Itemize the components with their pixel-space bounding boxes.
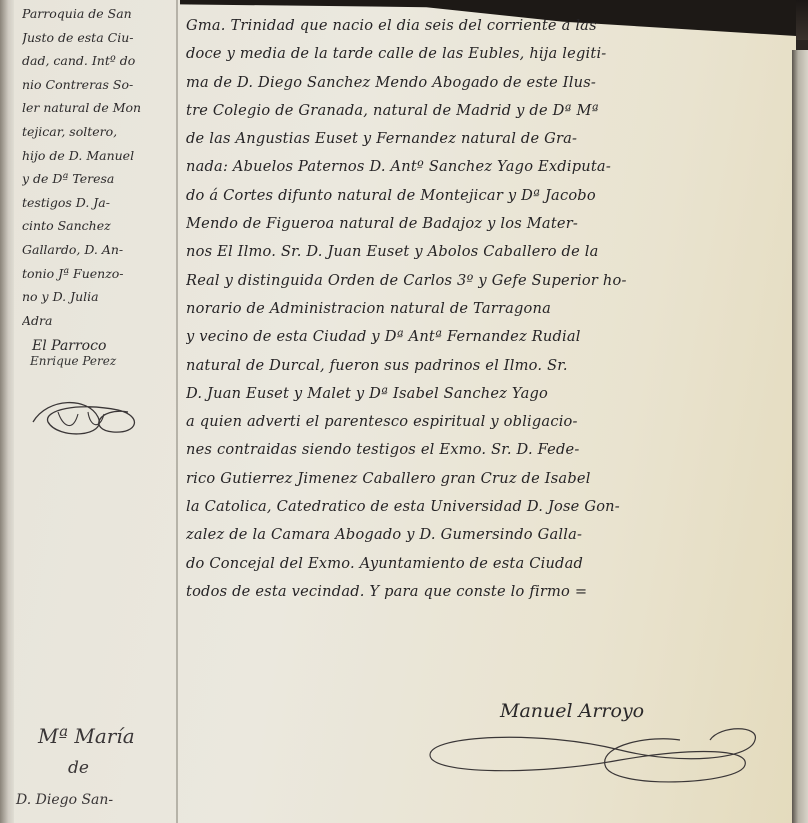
margin-name-line: D. Diego San- bbox=[16, 784, 176, 816]
margin-line: hijo de D. Manuel bbox=[22, 144, 174, 168]
margin-rule-line bbox=[176, 0, 178, 823]
body-line: Real y distinguida Orden de Carlos 3º y … bbox=[186, 267, 786, 295]
body-line: de las Angustias Euset y Fernandez natur… bbox=[186, 125, 786, 153]
body-line: do Concejal del Exmo. Ayuntamiento de es… bbox=[186, 550, 786, 578]
margin-line: Gallardo, D. An- bbox=[22, 238, 174, 262]
margin-line: no y D. Julia bbox=[22, 285, 174, 309]
body-line: doce y media de la tarde calle de las Eu… bbox=[186, 40, 786, 68]
body-line: tre Colegio de Granada, natural de Madri… bbox=[186, 97, 786, 125]
margin-line: Adra bbox=[22, 309, 174, 333]
signature-flourish-icon bbox=[28, 392, 148, 442]
signature-flourish-icon bbox=[420, 720, 770, 790]
body-line: y vecino de esta Ciudad y Dª Antª Fernan… bbox=[186, 323, 786, 351]
book-spine-edge bbox=[0, 0, 14, 823]
body-line: nos El Ilmo. Sr. D. Juan Euset y Abolos … bbox=[186, 238, 786, 266]
body-line: ma de D. Diego Sanchez Mendo Abogado de … bbox=[186, 69, 786, 97]
margin-name-line: Mª María bbox=[38, 720, 176, 752]
body-line: norario de Administracion natural de Tar… bbox=[186, 295, 786, 323]
body-line: zalez de la Camara Abogado y D. Gumersin… bbox=[186, 521, 786, 549]
margin-name-line: de bbox=[68, 752, 176, 784]
officiant-signature: Manuel Arroyo bbox=[500, 700, 644, 722]
body-line: nes contraidas siendo testigos el Exmo. … bbox=[186, 436, 786, 464]
body-line: natural de Durcal, fueron sus padrinos e… bbox=[186, 352, 786, 380]
priest-signature: Enrique Perez bbox=[30, 354, 174, 368]
body-line: nada: Abuelos Paternos D. Antº Sanchez Y… bbox=[186, 153, 786, 181]
margin-line: tejicar, soltero, bbox=[22, 120, 174, 144]
body-line: rico Gutierrez Jimenez Caballero gran Cr… bbox=[186, 465, 786, 493]
margin-line: cinto Sanchez bbox=[22, 214, 174, 238]
margin-line: tonio Jª Fuenzo- bbox=[22, 262, 174, 286]
body-line: a quien adverti el parentesco espiritual… bbox=[186, 408, 786, 436]
margin-line: y de Dª Teresa bbox=[22, 167, 174, 191]
margin-line: dad, cand. Intº do bbox=[22, 49, 174, 73]
record-body: Gma. Trinidad que nacio el dia seis del … bbox=[186, 12, 786, 606]
body-line: todos de esta vecindad. Y para que const… bbox=[186, 578, 786, 606]
margin-note: Parroquia de San Justo de esta Ciu- dad,… bbox=[22, 2, 174, 368]
adjacent-page-edge bbox=[792, 50, 808, 823]
margin-line: testigos D. Ja- bbox=[22, 191, 174, 215]
body-line: Gma. Trinidad que nacio el dia seis del … bbox=[186, 12, 786, 40]
margin-line: nio Contreras So- bbox=[22, 73, 174, 97]
margin-line: ler natural de Mon bbox=[22, 96, 174, 120]
margin-line: Parroquia de San bbox=[22, 2, 174, 26]
body-line: Mendo de Figueroa natural de Badajoz y l… bbox=[186, 210, 786, 238]
margin-line: Justo de esta Ciu- bbox=[22, 26, 174, 50]
body-line: D. Juan Euset y Malet y Dª Isabel Sanche… bbox=[186, 380, 786, 408]
parish-priest-title: El Parroco bbox=[32, 338, 174, 354]
margin-entry-name: Mª María de D. Diego San- bbox=[16, 720, 176, 816]
body-line: la Catolica, Catedratico de esta Univers… bbox=[186, 493, 786, 521]
body-line: do á Cortes difunto natural de Montejica… bbox=[186, 182, 786, 210]
